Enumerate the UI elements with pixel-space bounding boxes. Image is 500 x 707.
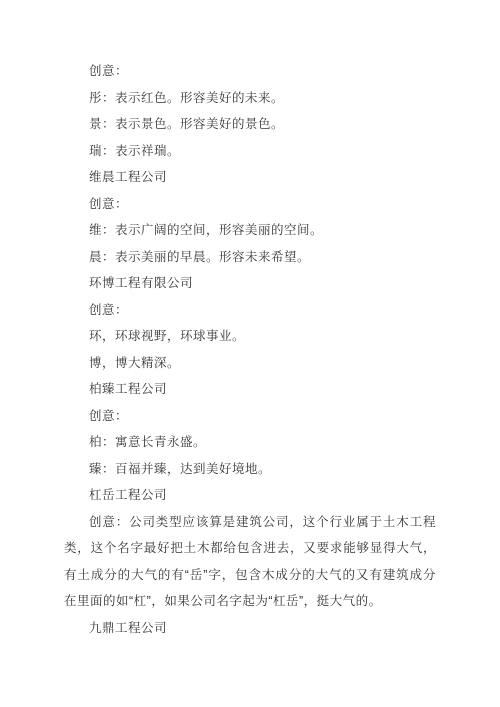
huan-meaning-line: 环，环球视野，环球事业。 <box>64 323 436 350</box>
creative-description-paragraph: 创意：公司类型应该算是建筑公司，这个行业属于土木工程类，这个名字最好把土木都给包… <box>64 509 436 615</box>
document-page: 创意： 彤：表示红色。形容美好的未来。 景：表示景色。形容美好的景色。 瑞：表示… <box>0 0 500 707</box>
creative-label-line: 创意： <box>64 297 436 324</box>
company-name-jiuding: 九鼎工程公司 <box>64 615 436 642</box>
chen-meaning-line: 晨：表示美丽的早晨。形容未来希望。 <box>64 244 436 271</box>
rui-meaning-line: 瑞：表示祥瑞。 <box>64 138 436 165</box>
company-name-huanbo: 环博工程有限公司 <box>64 270 436 297</box>
creative-label-line: 创意： <box>64 191 436 218</box>
creative-label-line: 创意： <box>64 403 436 430</box>
document-viewport: { "page": { "background_color": "#ffffff… <box>0 0 500 707</box>
company-name-baizhen: 柏臻工程公司 <box>64 376 436 403</box>
jing-meaning-line: 景：表示景色。形容美好的景色。 <box>64 111 436 138</box>
wei-meaning-line: 维：表示广阔的空间，形容美丽的空间。 <box>64 217 436 244</box>
bo-meaning-line: 博，博大精深。 <box>64 350 436 377</box>
company-name-weichen: 维晨工程公司 <box>64 164 436 191</box>
zhen-meaning-line: 臻：百福并臻，达到美好境地。 <box>64 456 436 483</box>
tong-meaning-line: 彤：表示红色。形容美好的未来。 <box>64 85 436 112</box>
bai-meaning-line: 柏：寓意长青永盛。 <box>64 429 436 456</box>
creative-label-line: 创意： <box>64 58 436 85</box>
company-name-gangyue: 杠岳工程公司 <box>64 482 436 509</box>
